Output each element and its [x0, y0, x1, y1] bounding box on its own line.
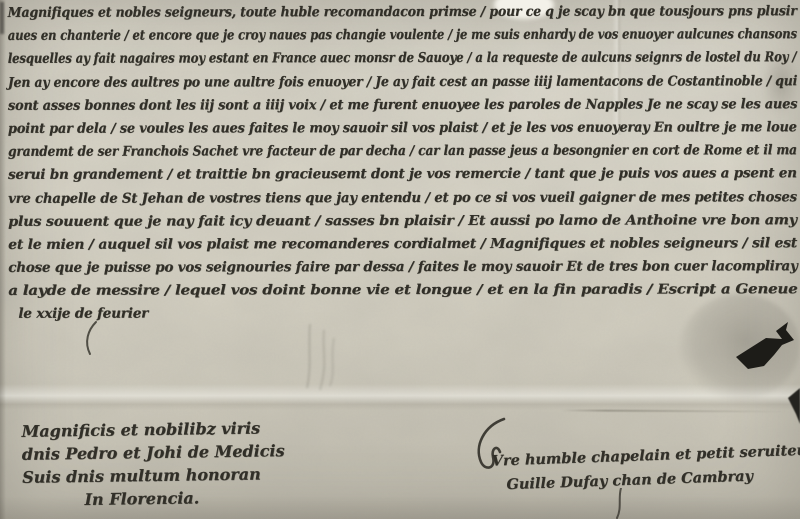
paper-left-edge-shadow: [0, 0, 6, 519]
letter-line: plus souuent que je nay fait icy deuant …: [8, 209, 800, 234]
letter-line: aues en chanterie / et encore que je cro…: [8, 24, 681, 49]
date-line: le xxije de feurier: [8, 302, 797, 327]
letter-line: vre chapelle de St Jehan de vostres tien…: [8, 186, 776, 211]
letter-line: point par dela / se voules les aues fait…: [8, 116, 756, 141]
letter-line: sont asses bonnes dont les iij sont a ii…: [8, 93, 757, 118]
letter-line: serui bn grandement / et traittie bn gra…: [8, 163, 790, 188]
pen-descender: [78, 320, 104, 358]
signature-block: Vre humble chapelain et petit seruiteur …: [491, 438, 800, 497]
scratch-line: [560, 409, 788, 412]
manuscript-letter-photo: Magnifiques et nobles seigneurs, toute h…: [0, 0, 800, 519]
letter-line: grandemt de ser Franchois Sachet vre fac…: [8, 139, 719, 164]
letter-body: Magnifiques et nobles seigneurs, toute h…: [8, 0, 798, 334]
letter-line: a layde de messire / lequel vos doint bo…: [8, 278, 800, 303]
letter-line: chose que je puisse po vos seignouries f…: [8, 255, 788, 280]
letter-line: et le mien / auquel sil vos plaist me re…: [8, 232, 800, 257]
letter-line: Magnifiques et nobles seigneurs, toute h…: [8, 0, 738, 25]
photo-edge-mark: [0, 2, 4, 34]
photo-edge-tear: [786, 388, 800, 428]
fold-crease-horizontal: [0, 384, 800, 410]
address-line: Suis dnis multum honoran: [22, 462, 285, 489]
signature-descender: [612, 488, 628, 519]
letter-line: Jen ay encore des aultres po une aultre …: [8, 70, 732, 95]
letter-line: lesquelles ay fait nagaires moy estant e…: [8, 47, 688, 72]
address-line: In Florencia.: [22, 485, 285, 512]
address-block: Magnificis et nobilibz viris dnis Pedro …: [21, 416, 285, 512]
